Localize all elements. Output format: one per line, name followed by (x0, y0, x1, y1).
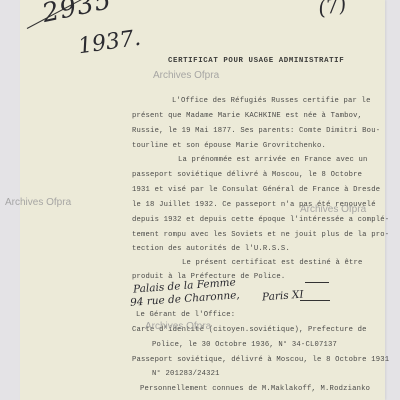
paragraph-2-line-7: tection des autorités de l'U.R.S.S. (132, 245, 290, 253)
reference-line-2: Police, le 30 Octobre 1936, N° 34-CL0713… (152, 341, 337, 349)
paragraph-1-line-2: présent que Madame Marie KACHKINE est né… (132, 112, 362, 120)
watermark: Archives Ofpra (153, 70, 219, 81)
reference-line-4: N° 201283/24321 (152, 370, 220, 378)
paragraph-1-line-1: L'Office des Réfugiés Russes certifie pa… (172, 97, 371, 105)
paragraph-2-line-1: La prénommée est arrivée en France avec … (178, 156, 368, 164)
signatory-label: Le Gérant de l'Office: (136, 311, 235, 319)
paragraph-1-line-3: Russie, le 19 Mai 1877. Ses parents: Com… (132, 127, 380, 135)
handwritten-underline (300, 300, 330, 301)
watermark: Archives Ofpra (5, 197, 71, 208)
watermark: Archives Ofpra (300, 204, 366, 215)
reference-line-3: Passeport soviétique, délivré à Moscou, … (132, 356, 389, 364)
paragraph-2-line-2: passeport soviétique délivré à Moscou, l… (132, 171, 362, 179)
watermark: Archives Ofpra (145, 321, 211, 332)
paragraph-2-line-3: 1931 et visé par le Consulat Général de … (132, 186, 380, 194)
paragraph-2-line-6: tement rompu avec les Soviets et ne joui… (132, 231, 389, 239)
reference-line-5: Personnellement connues de M.Maklakoff, … (140, 385, 370, 393)
paragraph-3-line-1: Le présent certificat est destiné à être (182, 259, 363, 267)
paragraph-1-line-4: tourline et son épouse Marie Grovritchen… (132, 142, 326, 150)
paragraph-2-line-5: depuis 1932 et depuis cette époque l'int… (132, 216, 389, 224)
handwritten-underline (305, 282, 329, 283)
document-title: CERTIFICAT POUR USAGE ADMINISTRATIF (168, 57, 344, 65)
